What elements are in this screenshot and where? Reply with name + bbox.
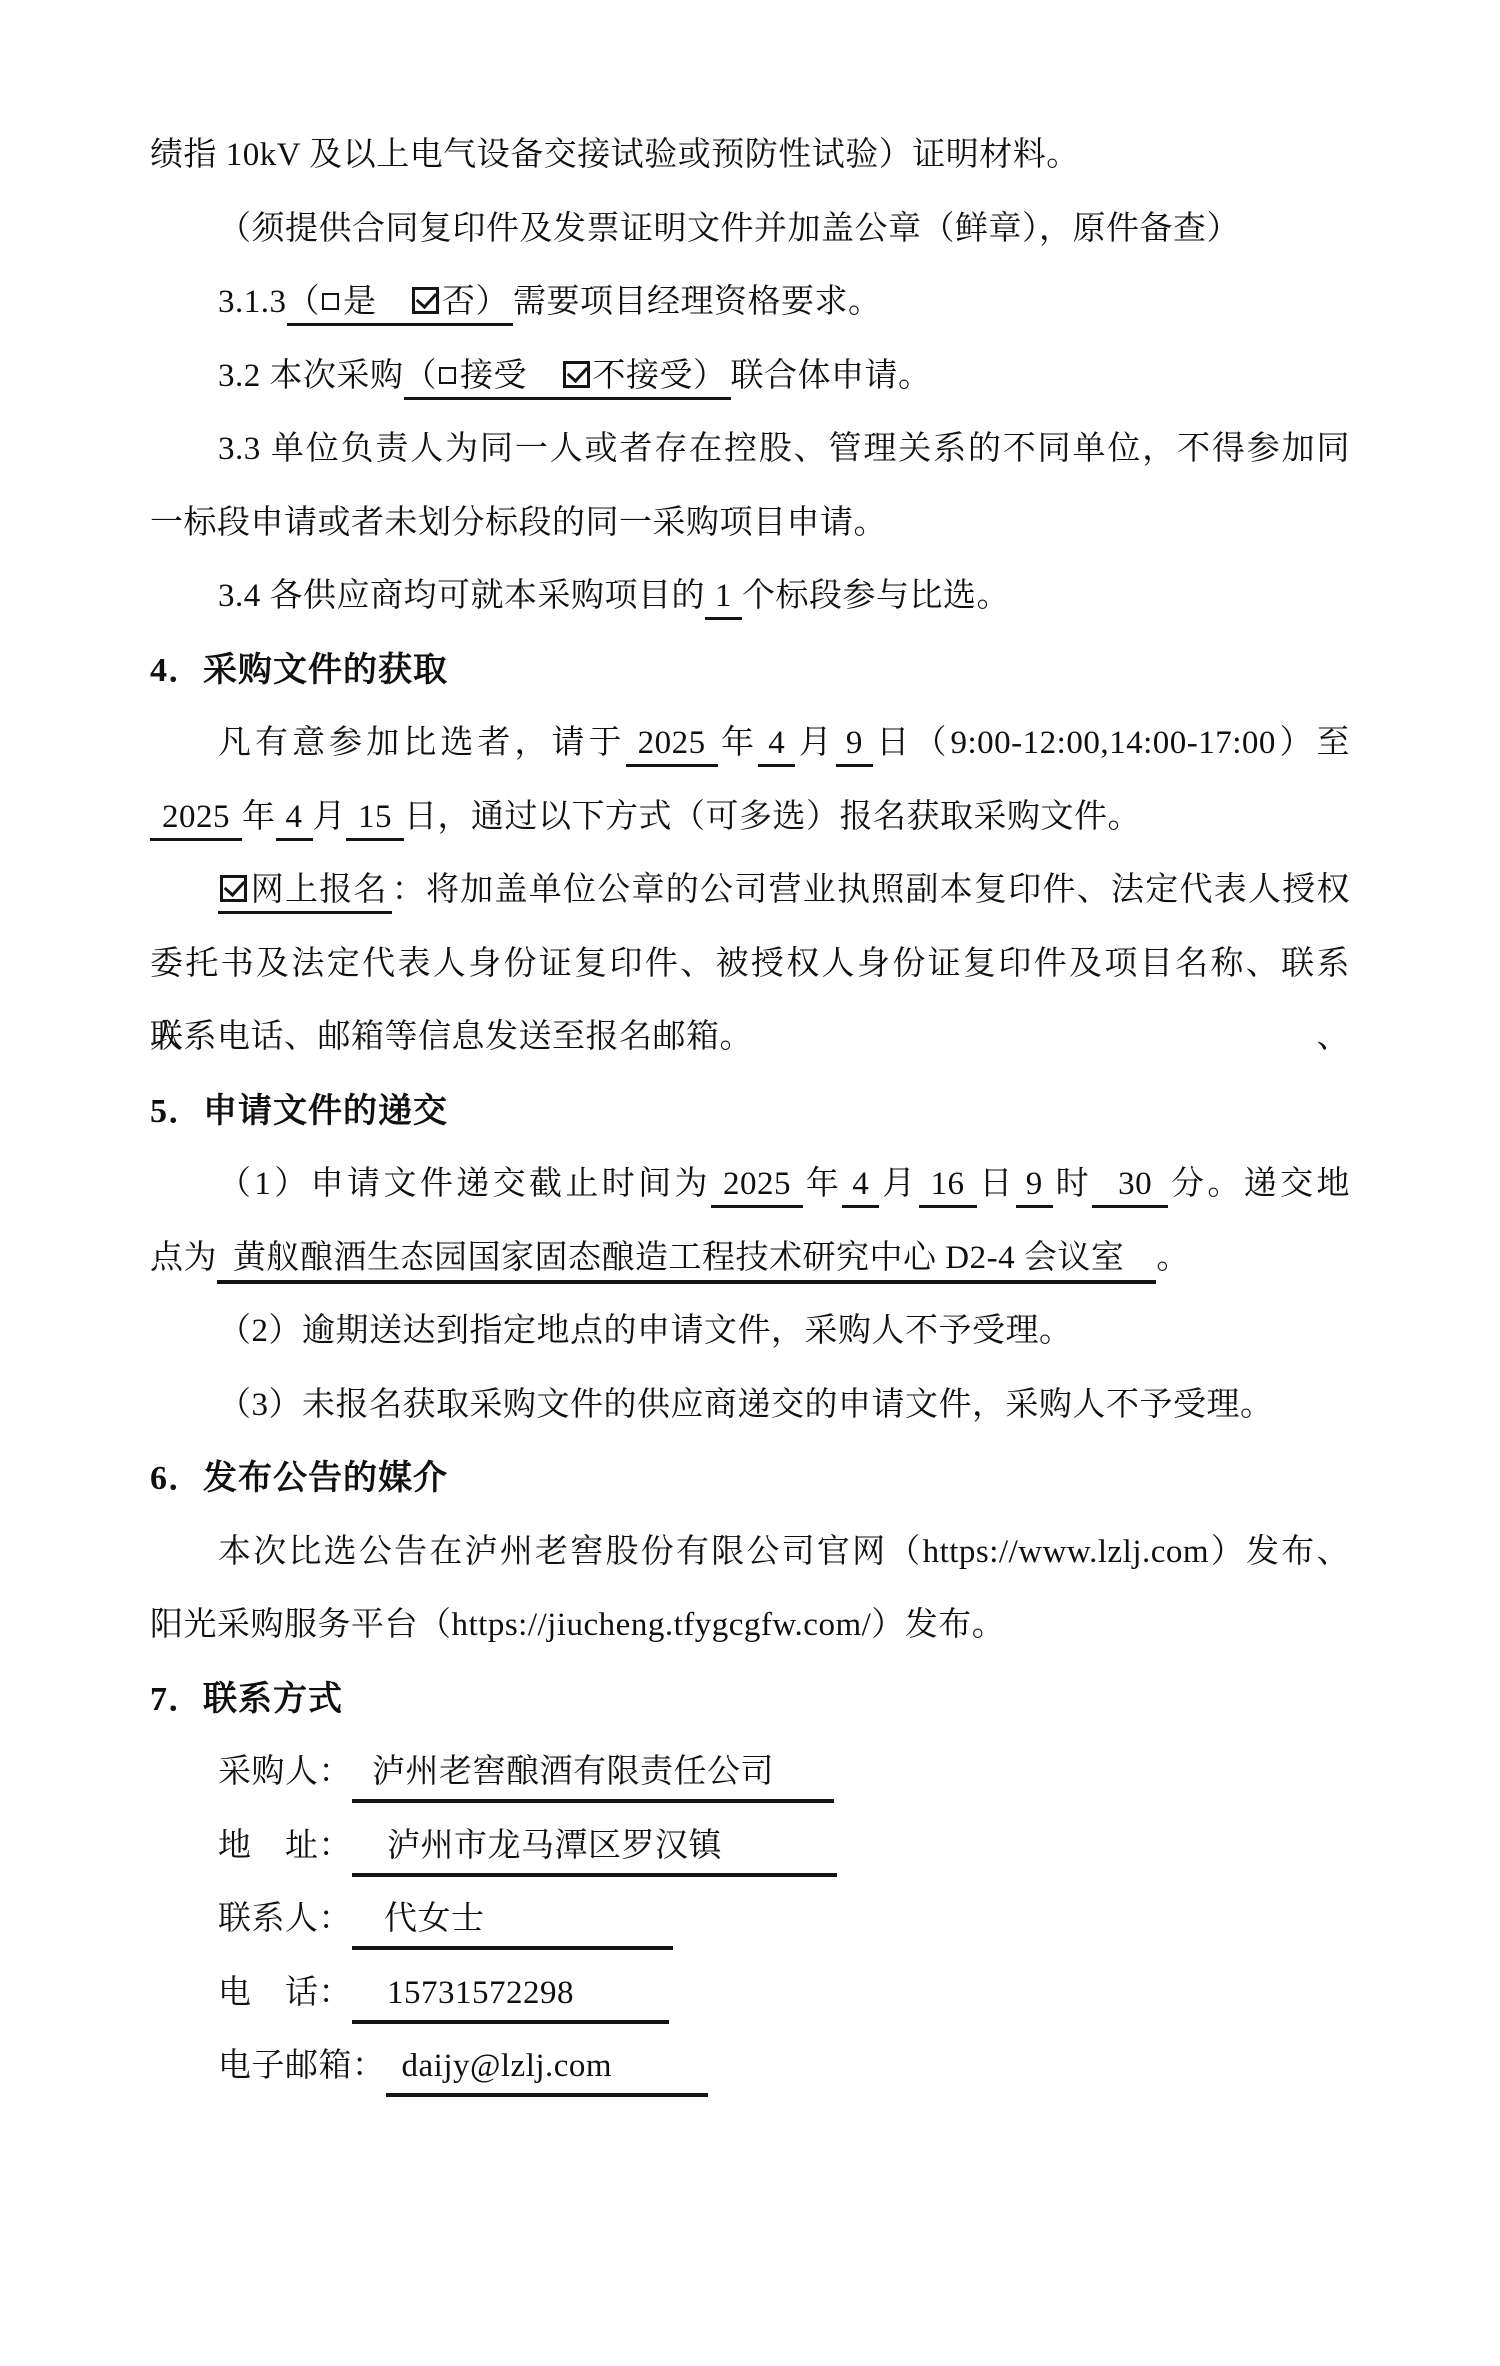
- section-heading-7: 7．联系方式: [150, 1663, 1350, 1737]
- contact-person-value: 代女士: [352, 1896, 673, 1950]
- para-text-tail: 日（9:00-12:00,14:00-17:00）至: [873, 725, 1350, 761]
- deadline-month-value: 4: [842, 1166, 879, 1208]
- project-manager-requirement-field: （是 否）: [287, 284, 514, 326]
- para-text: 点为: [150, 1240, 217, 1276]
- checkbox-checked-icon: [412, 287, 439, 314]
- purchaser-label: 采购人：: [218, 1754, 352, 1790]
- reg-end-day-value: 15: [346, 799, 404, 841]
- month-label: 月: [313, 799, 347, 835]
- clause-text: 3.2 本次采购: [218, 358, 404, 394]
- year-label: 年: [718, 725, 759, 761]
- clause-3-3: 3.3 单位负责人为同一人或者存在控股、管理关系的不同单位，不得参加同: [150, 413, 1350, 487]
- para-text: 凡有意参加比选者，请于: [218, 725, 626, 761]
- year-label: 年: [803, 1166, 842, 1202]
- month-label: 月: [795, 725, 836, 761]
- clause-text-tail: 联合体申请。: [731, 358, 932, 394]
- address-label: 地 址：: [218, 1828, 352, 1864]
- page-content: 绩指 10kV 及以上电气设备交接试验或预防性试验）证明材料。 （须提供合同复印…: [150, 119, 1350, 2104]
- clause-text-tail: 个标段参与比选。: [742, 578, 1010, 614]
- para-announcement-media-continuation: 阳光采购服务平台（https://jiucheng.tfygcgfw.com/）…: [150, 1589, 1350, 1663]
- checkbox-unchecked-icon: [322, 293, 339, 310]
- day-label: 日: [977, 1166, 1016, 1202]
- field-phone: 电 话：15731572298: [150, 1957, 1350, 2031]
- clause-number: 3.1.3: [218, 284, 287, 320]
- online-registration-label: 网上报名: [250, 872, 388, 908]
- para-online-registration-continuation: 委托书及法定代表人身份证复印件、被授权人身份证复印件及项目名称、联系人、: [150, 928, 1350, 1002]
- clause-unregistered-rejection: （3）未报名获取采购文件的供应商递交的申请文件，采购人不予受理。: [150, 1369, 1350, 1443]
- option-not-accept-label: 不接受）: [593, 358, 727, 394]
- address-value: 泸州市龙马潭区罗汉镇: [352, 1823, 837, 1877]
- para-submission-deadline: （1）申请文件递交截止时间为2025年4月16日9时30分。递交地: [150, 1148, 1350, 1222]
- clause-3-1-3: 3.1.3（是 否）需要项目经理资格要求。: [150, 266, 1350, 340]
- clause-3-4: 3.4 各供应商均可就本采购项目的1个标段参与比选。: [150, 560, 1350, 634]
- para-text: （1）申请文件递交截止时间为: [218, 1166, 711, 1202]
- phone-value: 15731572298: [352, 1970, 669, 2024]
- reg-start-year-value: 2025: [626, 725, 718, 767]
- hour-label: 时: [1053, 1166, 1092, 1202]
- clause-text: 3.4 各供应商均可就本采购项目的: [218, 578, 705, 614]
- para-online-registration: 网上报名：将加盖单位公章的公司营业执照副本复印件、法定代表人授权: [150, 854, 1350, 928]
- field-address: 地 址：泸州市龙马潭区罗汉镇: [150, 1810, 1350, 1884]
- option-yes-label: 是: [343, 284, 410, 320]
- clause-text: 需要项目经理资格要求。: [513, 284, 882, 320]
- deadline-day-value: 16: [919, 1166, 977, 1208]
- option-no-label: 否）: [442, 284, 509, 320]
- para-text: ：将加盖单位公章的公司营业执照副本复印件、法定代表人授权: [392, 872, 1350, 908]
- para-text-tail: 日，通过以下方式（可多选）报名获取采购文件。: [404, 799, 1141, 835]
- section-heading-4: 4．采购文件的获取: [150, 634, 1350, 708]
- option-accept-label: 接受: [460, 358, 561, 394]
- reg-start-month-value: 4: [758, 725, 795, 767]
- deadline-hour-value: 9: [1016, 1166, 1053, 1208]
- consortium-acceptance-field: （接受 不接受）: [404, 358, 731, 400]
- reg-end-year-value: 2025: [150, 799, 242, 841]
- checkbox-checked-icon: [220, 875, 247, 902]
- email-value: daijy@lzlj.com: [386, 2043, 709, 2097]
- para-text-tail: 分。递交地: [1168, 1166, 1350, 1202]
- open-paren: （: [287, 284, 321, 320]
- clause-3-2: 3.2 本次采购（接受 不接受）联合体申请。: [150, 340, 1350, 414]
- lot-count-value: 1: [705, 578, 742, 620]
- open-paren: （: [404, 358, 438, 394]
- deadline-year-value: 2025: [711, 1166, 803, 1208]
- para-stamp-note: （须提供合同复印件及发票证明文件并加盖公章（鲜章），原件备查）: [150, 193, 1350, 267]
- field-email: 电子邮箱：daijy@lzlj.com: [150, 2030, 1350, 2104]
- field-contact-person: 联系人：代女士: [150, 1883, 1350, 1957]
- para-submission-location: 点为黄舣酿酒生态园国家固态酿造工程技术研究中心 D2-4 会议室。: [150, 1222, 1350, 1296]
- contact-person-label: 联系人：: [218, 1901, 352, 1937]
- para-obtain-docs-continuation: 2025年4月15日，通过以下方式（可多选）报名获取采购文件。: [150, 781, 1350, 855]
- email-label: 电子邮箱：: [218, 2048, 386, 2084]
- section-heading-5: 5．申请文件的递交: [150, 1075, 1350, 1149]
- deadline-minute-value: 30: [1092, 1166, 1168, 1208]
- para-obtain-docs: 凡有意参加比选者，请于2025年4月9日（9:00-12:00,14:00-17…: [150, 707, 1350, 781]
- phone-label: 电 话：: [218, 1975, 352, 2011]
- reg-end-month-value: 4: [276, 799, 313, 841]
- purchaser-value: 泸州老窖酿酒有限责任公司: [352, 1749, 834, 1803]
- section-heading-6: 6．发布公告的媒介: [150, 1442, 1350, 1516]
- clause-overdue-rejection: （2）逾期送达到指定地点的申请文件，采购人不予受理。: [150, 1295, 1350, 1369]
- field-purchaser: 采购人：泸州老窖酿酒有限责任公司: [150, 1736, 1350, 1810]
- month-label: 月: [879, 1166, 918, 1202]
- year-label: 年: [242, 799, 276, 835]
- submission-location-value: 黄舣酿酒生态园国家固态酿造工程技术研究中心 D2-4 会议室: [217, 1240, 1156, 1284]
- clause-3-3-continuation: 一标段申请或者未划分标段的同一采购项目申请。: [150, 487, 1350, 561]
- procurement-notice-page: 绩指 10kV 及以上电气设备交接试验或预防性试验）证明材料。 （须提供合同复印…: [0, 0, 1500, 2366]
- para-evidence-continuation: 绩指 10kV 及以上电气设备交接试验或预防性试验）证明材料。: [150, 119, 1350, 193]
- checkbox-unchecked-icon: [439, 367, 456, 384]
- para-announcement-media: 本次比选公告在泸州老窖股份有限公司官网（https://www.lzlj.com…: [150, 1516, 1350, 1590]
- checkbox-checked-icon: [563, 361, 590, 388]
- period: 。: [1156, 1240, 1190, 1276]
- reg-start-day-value: 9: [836, 725, 873, 767]
- online-registration-option: 网上报名: [218, 872, 392, 914]
